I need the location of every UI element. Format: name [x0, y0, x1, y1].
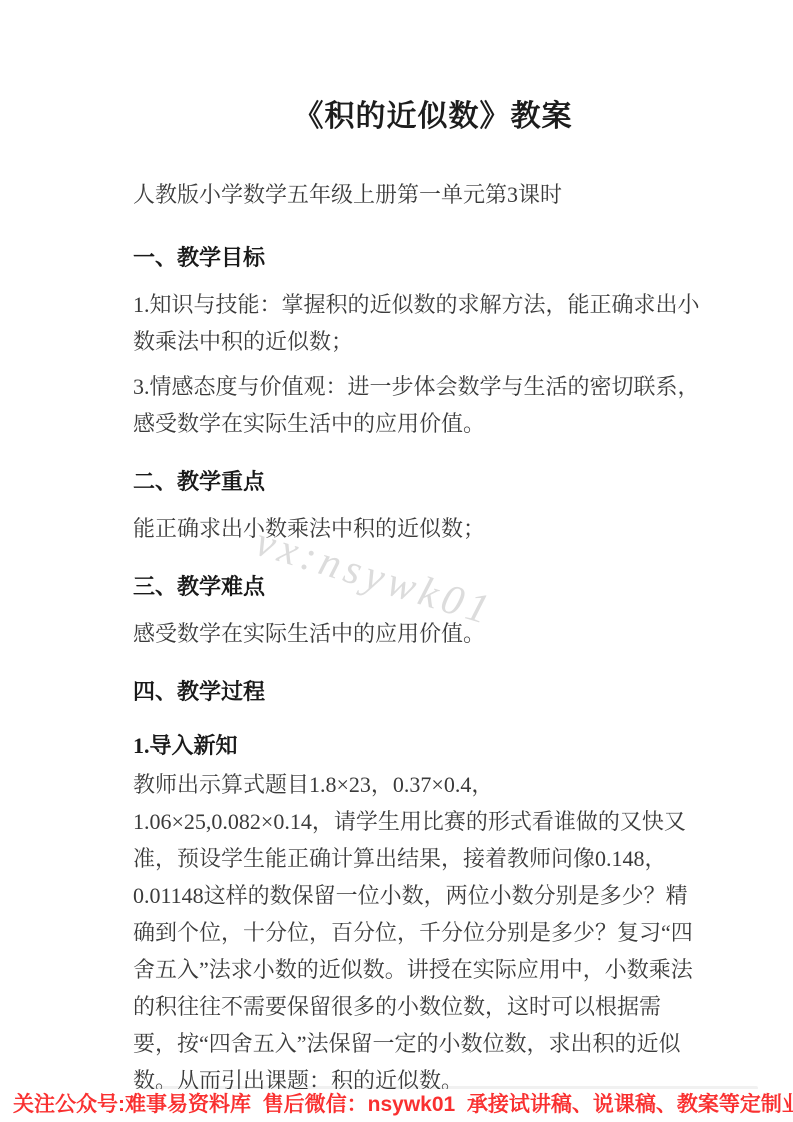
paragraph: 3.情感态度与价值观：进一步体会数学与生活的密切联系，感受数学在实际生活中的应用…	[133, 368, 703, 442]
paragraph: 教师出示算式题目1.8×23，0.37×0.4，	[133, 766, 703, 803]
paragraph: 1.知识与技能：掌握积的近似数的求解方法，能正确求出小数乘法中积的近似数；	[133, 286, 703, 360]
section-heading: 四、教学过程	[133, 676, 703, 708]
paragraph: 能正确求出小数乘法中积的近似数；	[133, 510, 703, 547]
section-heading: 一、教学目标	[133, 242, 703, 274]
paragraph: 1.06×25,0.082×0.14，请学生用比赛的形式看谁做的又快又准，预设学…	[133, 803, 703, 1099]
section-heading: 二、教学重点	[133, 466, 703, 498]
section-teaching-process: 四、教学过程 1.导入新知 教师出示算式题目1.8×23，0.37×0.4， 1…	[133, 676, 703, 1099]
section-heading: 三、教学难点	[133, 571, 703, 603]
section-subheading: 1.导入新知	[133, 730, 703, 762]
footer-promo-text: 关注公众号:难事易资料库 售后微信：nsywk01 承接试讲稿、说课稿、教案等定…	[0, 1089, 793, 1122]
document-title: 《积的近似数》教案	[163, 96, 703, 138]
section-teaching-objectives: 一、教学目标 1.知识与技能：掌握积的近似数的求解方法，能正确求出小数乘法中积的…	[133, 242, 703, 442]
document-page: vx:nsywk01 《积的近似数》教案 人教版小学数学五年级上册第一单元第3课…	[0, 0, 793, 1122]
document-content: 《积的近似数》教案 人教版小学数学五年级上册第一单元第3课时 一、教学目标 1.…	[0, 0, 793, 1099]
paragraph: 感受数学在实际生活中的应用价值。	[133, 615, 703, 652]
document-subtitle: 人教版小学数学五年级上册第一单元第3课时	[133, 180, 703, 210]
section-teaching-difficulties: 三、教学难点 感受数学在实际生活中的应用价值。	[133, 571, 703, 652]
section-teaching-key-points: 二、教学重点 能正确求出小数乘法中积的近似数；	[133, 466, 703, 547]
